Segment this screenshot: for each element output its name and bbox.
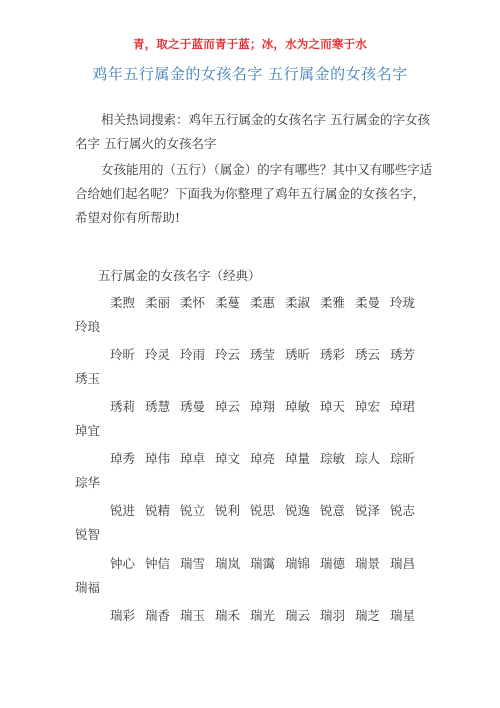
- name-item: 琇昕: [285, 345, 320, 363]
- name-item: 锐思: [250, 501, 285, 519]
- name-item: 瑞禾: [215, 606, 250, 624]
- name-item: 瑞雪: [180, 554, 215, 572]
- name-item: 锐立: [180, 501, 215, 519]
- name-wrap-item: 锐智: [75, 522, 445, 546]
- name-item: 琇彩: [320, 345, 355, 363]
- name-wrap-item: 玲琅: [75, 314, 445, 338]
- name-group: 琸秀 琸伟 琸卓 琸文 琸亮 琸量 琮敏 琮人 琮昕 琮华: [75, 446, 445, 494]
- header-quote: 青，取之于蓝而青于蓝；冰，水为之而寒于水: [0, 36, 500, 52]
- name-item: 琸秀: [110, 449, 145, 467]
- name-item: 锐泽: [355, 501, 390, 519]
- name-wrap-item: 琇玉: [75, 366, 445, 390]
- name-item: 瑞景: [355, 554, 390, 572]
- document-page: 青，取之于蓝而青于蓝；冰，水为之而寒于水 鸡年五行属金的女孩名字 五行属金的女孩…: [0, 0, 500, 708]
- name-item: 瑞芝: [355, 606, 390, 624]
- name-wrap-item: 琸宜: [75, 418, 445, 442]
- name-group: 锐进 锐精 锐立 锐利 锐思 锐逸 锐意 锐泽 锐志 锐智: [75, 498, 445, 546]
- name-item: 琸宏: [355, 397, 390, 415]
- related-keywords-text: 相关热词搜索：鸡年五行属金的女孩名字 五行属金的字女孩名字 五行属火的女孩名字: [75, 112, 430, 151]
- name-item: 柔惠: [250, 293, 285, 311]
- name-row: 锐进 锐精 锐立 锐利 锐思 锐逸 锐意 锐泽 锐志: [75, 498, 445, 522]
- name-item: 柔丽: [145, 293, 180, 311]
- intro-paragraph: 女孩能用的（五行）（属金）的字有哪些？其中又有哪些字适合给她们起名呢？下面我为你…: [75, 158, 435, 230]
- name-group: 钟心 钟信 瑞雪 瑞岚 瑞霭 瑞锦 瑞德 瑞景 瑞昌 瑞福: [75, 551, 445, 599]
- name-item: 瑞昌: [390, 554, 425, 572]
- name-row: 瑞彩 瑞香 瑞玉 瑞禾 瑞光 瑞云 瑞羽 瑞芝 瑞星: [75, 603, 445, 627]
- name-row: 玲昕 玲灵 玲雨 玲云 琇莹 琇昕 琇彩 琇云 琇芳: [75, 342, 445, 366]
- name-item: 钟信: [145, 554, 180, 572]
- name-item: 瑞锦: [285, 554, 320, 572]
- name-item: 玲雨: [180, 345, 215, 363]
- name-group: 瑞彩 瑞香 瑞玉 瑞禾 瑞光 瑞云 瑞羽 瑞芝 瑞星: [75, 603, 445, 627]
- section-title: 五行属金的女孩名字（经典）: [98, 266, 261, 284]
- name-row: 琇莉 琇慧 琇曼 琸云 琸翔 琸敏 琸天 琸宏 琸珺: [75, 394, 445, 418]
- name-item: 锐志: [390, 501, 425, 519]
- name-item: 柔雅: [320, 293, 355, 311]
- name-item: 琸卓: [180, 449, 215, 467]
- name-item: 瑞玉: [180, 606, 215, 624]
- name-item: 琸敏: [285, 397, 320, 415]
- name-item: 琸天: [320, 397, 355, 415]
- name-item: 锐进: [110, 501, 145, 519]
- name-item: 锐利: [215, 501, 250, 519]
- name-item: 琸珺: [390, 397, 425, 415]
- name-item: 琇云: [355, 345, 390, 363]
- name-item: 琸翔: [250, 397, 285, 415]
- name-item: 柔蔓: [215, 293, 250, 311]
- name-item: 瑞岚: [215, 554, 250, 572]
- name-item: 琸云: [215, 397, 250, 415]
- name-item: 瑞光: [250, 606, 285, 624]
- name-row: 钟心 钟信 瑞雪 瑞岚 瑞霭 瑞锦 瑞德 瑞景 瑞昌: [75, 551, 445, 575]
- name-item: 琇曼: [180, 397, 215, 415]
- related-keywords-paragraph: 相关热词搜索：鸡年五行属金的女孩名字 五行属金的字女孩名字 五行属火的女孩名字: [75, 108, 435, 156]
- name-row: 琸秀 琸伟 琸卓 琸文 琸亮 琸量 琮敏 琮人 琮昕: [75, 446, 445, 470]
- document-title: 鸡年五行属金的女孩名字 五行属金的女孩名字: [0, 63, 500, 84]
- name-item: 琸量: [285, 449, 320, 467]
- name-item: 瑞德: [320, 554, 355, 572]
- name-group: 琇莉 琇慧 琇曼 琸云 琸翔 琸敏 琸天 琸宏 琸珺 琸宜: [75, 394, 445, 442]
- name-item: 瑞羽: [320, 606, 355, 624]
- name-row: 柔煦 柔丽 柔怀 柔蔓 柔惠 柔淑 柔雅 柔曼 玲珑: [75, 290, 445, 314]
- name-wrap-item: 琮华: [75, 470, 445, 494]
- name-group: 柔煦 柔丽 柔怀 柔蔓 柔惠 柔淑 柔雅 柔曼 玲珑 玲琅: [75, 290, 445, 338]
- name-item: 琇莹: [250, 345, 285, 363]
- intro-text: 女孩能用的（五行）（属金）的字有哪些？其中又有哪些字适合给她们起名呢？下面我为你…: [75, 162, 432, 225]
- name-item: 瑞彩: [110, 606, 145, 624]
- name-item: 琮人: [355, 449, 390, 467]
- name-item: 瑞霭: [250, 554, 285, 572]
- name-item: 琸文: [215, 449, 250, 467]
- name-item: 钟心: [110, 554, 145, 572]
- name-group: 玲昕 玲灵 玲雨 玲云 琇莹 琇昕 琇彩 琇云 琇芳 琇玉: [75, 342, 445, 390]
- name-item: 瑞云: [285, 606, 320, 624]
- name-item: 玲珑: [390, 293, 425, 311]
- name-item: 柔煦: [110, 293, 145, 311]
- name-item: 锐逸: [285, 501, 320, 519]
- name-item: 柔怀: [180, 293, 215, 311]
- name-item: 锐意: [320, 501, 355, 519]
- name-item: 琸伟: [145, 449, 180, 467]
- name-item: 玲昕: [110, 345, 145, 363]
- name-item: 琇芳: [390, 345, 425, 363]
- name-item: 玲云: [215, 345, 250, 363]
- name-item: 瑞星: [390, 606, 425, 624]
- name-item: 琮昕: [390, 449, 425, 467]
- name-item: 琇莉: [110, 397, 145, 415]
- name-item: 瑞香: [145, 606, 180, 624]
- name-item: 琸亮: [250, 449, 285, 467]
- name-wrap-item: 瑞福: [75, 575, 445, 599]
- name-item: 柔曼: [355, 293, 390, 311]
- name-item: 柔淑: [285, 293, 320, 311]
- name-item: 琇慧: [145, 397, 180, 415]
- name-item: 琮敏: [320, 449, 355, 467]
- name-item: 锐精: [145, 501, 180, 519]
- name-item: 玲灵: [145, 345, 180, 363]
